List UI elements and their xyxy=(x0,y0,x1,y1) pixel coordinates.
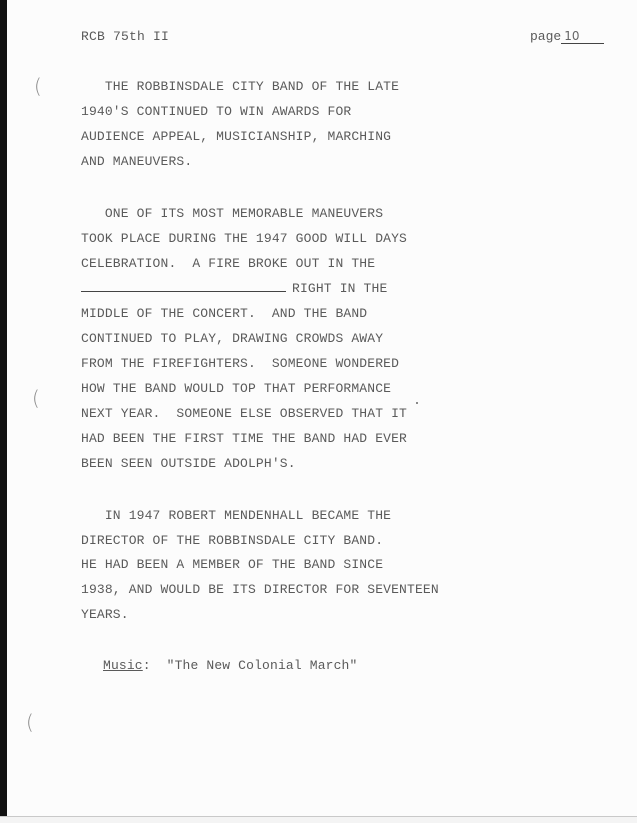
stray-mark xyxy=(416,402,418,404)
paragraph-2-line-4-text: RIGHT IN THE xyxy=(292,281,387,296)
paragraph-1-line-4: AND MANEUVERS. xyxy=(81,154,192,170)
punch-hole-mark-bottom: ( xyxy=(26,710,34,734)
music-cue-separator: : xyxy=(143,658,167,673)
paragraph-2-line-5: MIDDLE OF THE CONCERT. AND THE BAND xyxy=(81,306,367,322)
fill-in-blank xyxy=(81,281,286,292)
paragraph-3-line-2: DIRECTOR OF THE ROBBINSDALE CITY BAND. xyxy=(81,533,383,549)
paragraph-2-line-6: CONTINUED TO PLAY, DRAWING CROWDS AWAY xyxy=(81,331,383,347)
paragraph-2-line-8: HOW THE BAND WOULD TOP THAT PERFORMANCE xyxy=(81,381,391,397)
scan-left-edge xyxy=(0,0,7,823)
paragraph-3-line-1: IN 1947 ROBERT MENDENHALL BECAME THE xyxy=(81,508,391,524)
paragraph-3-line-3: HE HAD BEEN A MEMBER OF THE BAND SINCE xyxy=(81,557,383,573)
document-header-title: RCB 75th II xyxy=(81,29,169,44)
paragraph-2-line-4: RIGHT IN THE xyxy=(81,281,387,297)
paragraph-3-line-4: 1938, AND WOULD BE ITS DIRECTOR FOR SEVE… xyxy=(81,582,439,598)
page-label: page xyxy=(530,29,561,44)
page-number-label: page10 xyxy=(530,29,604,44)
paragraph-3-line-5: YEARS. xyxy=(81,607,129,623)
page-number: 10 xyxy=(561,29,604,44)
paragraph-1-line-2: 1940'S CONTINUED TO WIN AWARDS FOR xyxy=(81,104,351,120)
punch-hole-mark-top: ( xyxy=(34,74,42,98)
paragraph-2-line-3: CELEBRATION. A FIRE BROKE OUT IN THE xyxy=(81,256,375,272)
paragraph-2-line-1: ONE OF ITS MOST MEMORABLE MANEUVERS xyxy=(81,206,383,222)
paragraph-2-line-9: NEXT YEAR. SOMEONE ELSE OBSERVED THAT IT xyxy=(81,406,407,422)
paragraph-2-line-11: BEEN SEEN OUTSIDE ADOLPH'S. xyxy=(81,456,296,472)
paragraph-1-line-1: THE ROBBINSDALE CITY BAND OF THE LATE xyxy=(81,79,399,95)
music-cue-label: Music xyxy=(103,658,143,673)
paragraph-2-line-10: HAD BEEN THE FIRST TIME THE BAND HAD EVE… xyxy=(81,431,407,447)
music-cue-title: "The New Colonial March" xyxy=(167,658,358,673)
scan-bottom-edge xyxy=(0,816,637,823)
paragraph-1-line-3: AUDIENCE APPEAL, MUSICIANSHIP, MARCHING xyxy=(81,129,391,145)
punch-hole-mark-middle: ( xyxy=(32,386,40,410)
paragraph-2-line-7: FROM THE FIREFIGHTERS. SOMEONE WONDERED xyxy=(81,356,399,372)
music-cue: Music: "The New Colonial March" xyxy=(103,658,357,674)
paragraph-2-line-2: TOOK PLACE DURING THE 1947 GOOD WILL DAY… xyxy=(81,231,407,247)
